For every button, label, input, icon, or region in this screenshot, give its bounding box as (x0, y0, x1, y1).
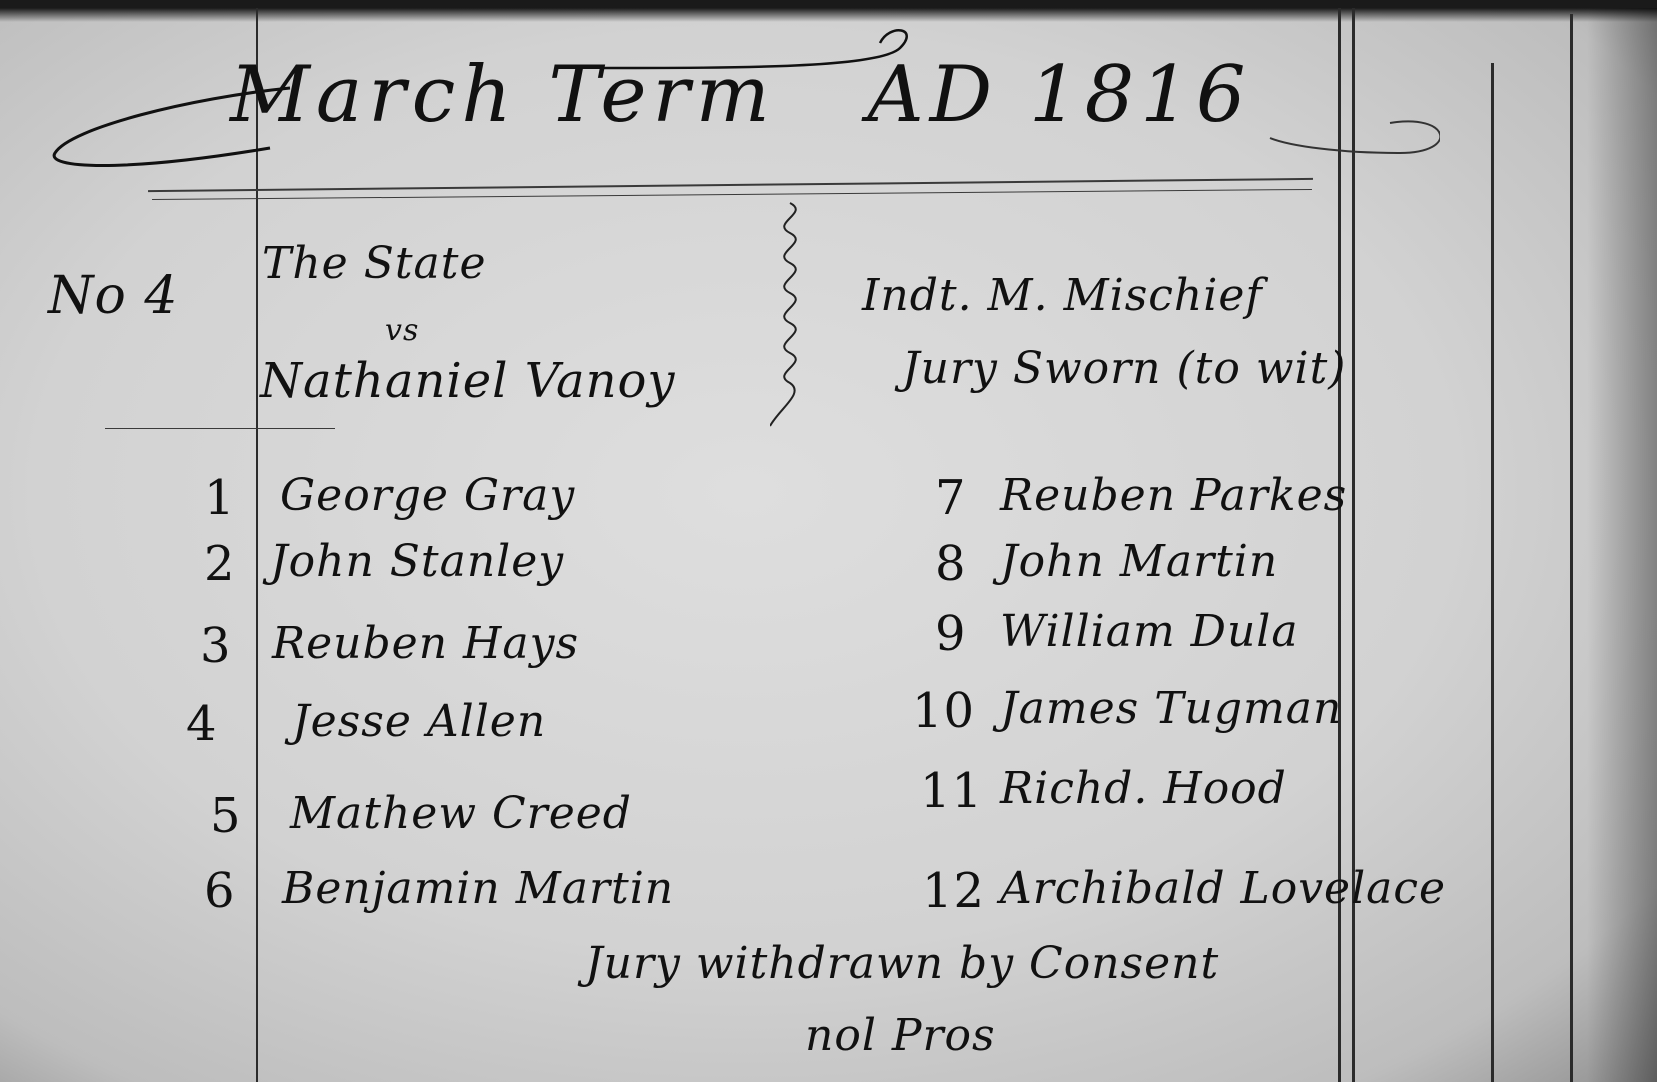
juror-name: William Dula (1000, 606, 1299, 657)
margin-rule-left (256, 8, 258, 1082)
column-rule-2 (1491, 63, 1494, 1082)
juror-number: 11 (920, 763, 983, 819)
juror-name: John Stanley (270, 536, 564, 587)
header-underline-2 (152, 189, 1312, 200)
defendant: Nathaniel Vanoy (260, 353, 676, 409)
juror-name: George Gray (280, 470, 575, 521)
juror-number: 3 (200, 618, 232, 674)
column-rule-3 (1570, 14, 1573, 1082)
juror-name: Benjamin Martin (282, 863, 674, 914)
juror-number: 12 (922, 863, 985, 919)
page-top-edge-shadow (0, 8, 1657, 22)
versus-label: vs (385, 313, 419, 348)
title-flourish-icon (40, 28, 1440, 168)
juror-number: 1 (204, 470, 236, 526)
juror-name: Richd. Hood (1000, 763, 1287, 814)
page-right-edge-shadow (1587, 8, 1657, 1082)
juror-name: Mathew Creed (290, 788, 632, 839)
juror-number: 8 (935, 536, 967, 592)
outcome-line-2: nol Pros (805, 1010, 996, 1061)
ledger-page: March Term AD 1816 No 4 The State vs Nat… (0, 8, 1657, 1082)
juror-number: 4 (186, 696, 218, 752)
juror-name: James Tugman (1000, 683, 1342, 734)
juror-number: 5 (210, 788, 242, 844)
juror-name: Jesse Allen (292, 696, 546, 747)
case-separator-line (105, 428, 335, 429)
juror-number: 10 (912, 683, 975, 739)
jury-sworn-note: Jury Sworn (to wit) (902, 343, 1346, 394)
outcome-line-1: Jury withdrawn by Consent (585, 938, 1219, 989)
juror-number: 7 (935, 470, 967, 526)
juror-name: John Martin (1000, 536, 1278, 587)
column-rule-1b (1352, 8, 1355, 1082)
plaintiff: The State (262, 238, 487, 289)
juror-name: Reuben Parkes (1000, 470, 1347, 521)
juror-number: 6 (204, 863, 236, 919)
juror-number: 9 (935, 606, 967, 662)
charge: Indt. M. Mischief (862, 270, 1263, 321)
juror-name: Archibald Lovelace (1000, 863, 1446, 914)
juror-name: Reuben Hays (272, 618, 579, 669)
case-number: No 4 (48, 266, 178, 326)
brace-icon (770, 198, 810, 428)
column-rule-1a (1338, 8, 1341, 1082)
juror-number: 2 (204, 536, 236, 592)
